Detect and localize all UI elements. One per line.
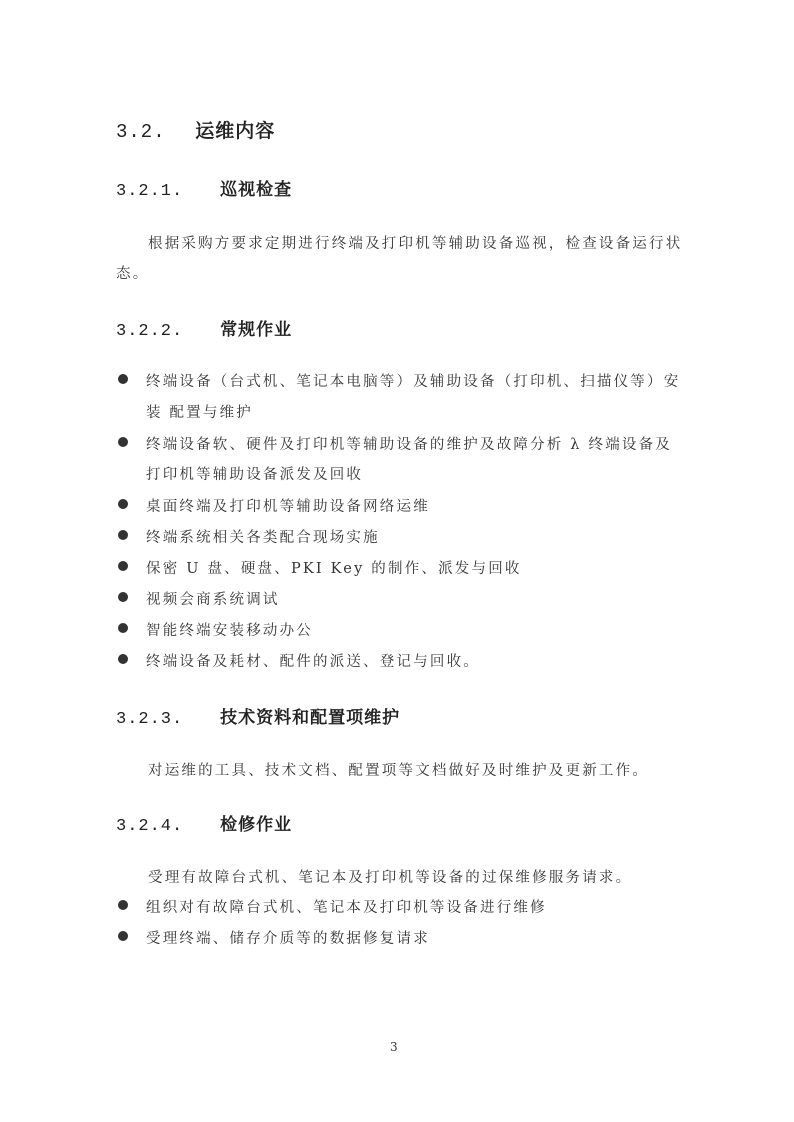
bullet-icon <box>118 499 128 509</box>
subsection-title: 巡视检查 <box>220 180 292 200</box>
page-number: 3 <box>390 1040 398 1054</box>
subsection-heading-3-2-3: 3.2.3. 技术资料和配置项维护 <box>116 703 400 729</box>
list-item-continuation: 装 配置与维护 <box>146 401 253 422</box>
section-heading: 3.2. 运维内容 <box>116 116 275 143</box>
list-item: 终端设备及耗材、配件的派送、登记与回收。 <box>146 650 480 671</box>
subsection-heading-3-2-2: 3.2.2. 常规作业 <box>116 315 292 341</box>
paragraph: 对运维的工具、技术文档、配置项等文档做好及时维护及更新工作。 <box>148 759 649 780</box>
list-item: 保密 U 盘、硬盘、PKI Key 的制作、派发与回收 <box>146 557 522 578</box>
bullet-icon <box>118 900 128 910</box>
list-item: 组织对有故障台式机、笔记本及打印机等设备进行维修 <box>146 896 547 917</box>
bullet-icon <box>118 654 128 664</box>
bullet-icon <box>118 374 128 384</box>
subsection-number: 3.2.3. <box>116 710 183 729</box>
bullet-icon <box>118 530 128 540</box>
paragraph-continuation: 态。 <box>116 262 149 283</box>
subsection-number: 3.2.1. <box>116 182 183 201</box>
subsection-title: 常规作业 <box>220 320 292 340</box>
subsection-number: 3.2.2. <box>116 322 183 341</box>
list-item: 受理终端、储存介质等的数据修复请求 <box>146 927 430 948</box>
bullet-icon <box>118 437 128 447</box>
paragraph: 受理有故障台式机、笔记本及打印机等设备的过保维修服务请求。 <box>148 866 632 887</box>
list-item: 终端系统相关各类配合现场实施 <box>146 526 380 547</box>
list-item: 终端设备（台式机、笔记本电脑等）及辅助设备（打印机、扫描仪等）安 <box>146 370 680 391</box>
subsection-title: 技术资料和配置项维护 <box>220 708 400 728</box>
list-item: 终端设备软、硬件及打印机等辅助设备的维护及故障分析 λ 终端设备及 <box>146 433 672 454</box>
list-item-continuation: 打印机等辅助设备派发及回收 <box>146 463 363 484</box>
section-number: 3.2. <box>116 121 166 143</box>
list-item: 桌面终端及打印机等辅助设备网络运维 <box>146 495 430 516</box>
paragraph: 根据采购方要求定期进行终端及打印机等辅助设备巡视，检查设备运行状 <box>148 232 682 253</box>
bullet-icon <box>118 931 128 941</box>
subsection-heading-3-2-4: 3.2.4. 检修作业 <box>116 810 292 836</box>
bullet-icon <box>118 561 128 571</box>
list-item: 视频会商系统调试 <box>146 588 280 609</box>
section-title: 运维内容 <box>195 120 275 142</box>
bullet-icon <box>118 592 128 602</box>
subsection-heading-3-2-1: 3.2.1. 巡视检查 <box>116 175 292 201</box>
subsection-number: 3.2.4. <box>116 817 183 836</box>
bullet-icon <box>118 623 128 633</box>
subsection-title: 检修作业 <box>220 815 292 835</box>
list-item: 智能终端安装移动办公 <box>146 619 313 640</box>
